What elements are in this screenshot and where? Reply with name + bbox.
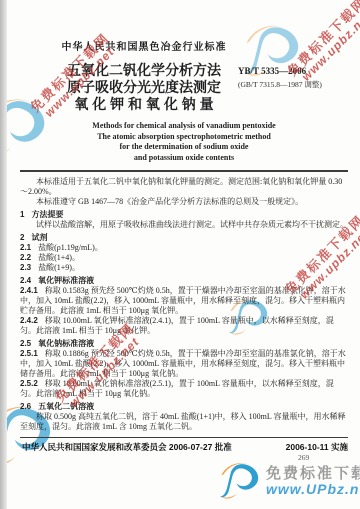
clause-heading: 2试剂 (20, 233, 348, 243)
upbz-site-badge: 免费标准下载网 www.UPbz.net (219, 459, 360, 503)
upbz-logo-icon (219, 459, 263, 503)
clause-number: 2.6 (20, 402, 31, 411)
footer-divider (20, 437, 348, 438)
clause-text: 方法提要 (31, 210, 63, 219)
clause-number: 2.4.2 (20, 316, 38, 325)
clause-number: 2.3 (20, 263, 31, 272)
english-title-line: and potassium oxide contents (20, 153, 348, 164)
standard-type-label: 中华人民共和国黑色冶金行业标准 (20, 38, 268, 53)
clause-paragraph: 2.5.1称取 0.1886g 预先经 500℃灼烧 0.5h，置于干燥器中冷却… (20, 349, 348, 379)
title-divider (20, 170, 348, 172)
clause-paragraph: 2.2盐酸(1+4)。 (20, 253, 348, 263)
clause-heading: 1方法提要 (20, 210, 348, 220)
clause-number: 2 (20, 233, 24, 242)
english-title-line: for the determination of sodium oxide (20, 142, 348, 153)
clause-paragraph: 2.1盐酸(ρ1.19g/mL)。 (20, 243, 348, 253)
site-name: 免费标准下载网 (266, 466, 360, 482)
clause-number: 2.2 (20, 253, 31, 262)
clause-number: 2.1 (20, 243, 31, 252)
approval-text: 中华人民共和国国家发展和改革委员会 2006-07-27 批准 (22, 441, 232, 453)
clause-text: 本标准适用于五氧化二钒中氧化钠和氧化钾量的测定。测定范围:氧化钠和氧化钾量 0.… (20, 177, 342, 196)
clause-text: 氧化钾标准溶液 (38, 276, 94, 285)
clause-text: 盐酸(1+4)。 (38, 253, 80, 262)
site-url: www.UPbz.net (266, 482, 360, 497)
clause-text: 称取 0.1886g 预先经 500℃灼烧 0.5h，置于干燥器中冷却至室温的基… (20, 349, 346, 378)
clause-paragraph: 2.4.2移取 10.00mL 氧化钾标准溶液(2.4.1)，置于 100mL … (20, 316, 348, 336)
scanned-standard-page: 免费标准下载网 www.upbz.net 免费标准下载网 www.upbz.ne… (0, 0, 360, 509)
site-badge-text: 免费标准下载网 www.UPbz.net (266, 466, 360, 496)
footer: 中华人民共和国国家发展和改革委员会 2006-07-27 批准 2006-10-… (22, 441, 348, 453)
clause-number: 2.4 (20, 276, 31, 285)
clause-paragraph: 本标准遵守 GB 1467—78《冶金产品化学分析方法标准的总则及一般规定》。 (20, 197, 348, 207)
implementation-text: 2006-10-11 实施 (286, 441, 348, 453)
scan-edge (0, 0, 7, 509)
clause-paragraph: 本标准适用于五氧化二钒中氧化钠和氧化钾量的测定。测定范围:氧化钠和氧化钾量 0.… (20, 177, 348, 197)
clause-text: 盐酸(1+9)。 (38, 263, 80, 272)
clause-text: 氧化钠标准溶液 (38, 339, 94, 348)
clause-heading: 2.5氧化钠标准溶液 (20, 339, 348, 349)
clause-text: 盐酸(ρ1.19g/mL)。 (38, 243, 103, 252)
english-title: Methods for chemical analysis of vanadiu… (20, 121, 348, 163)
english-title-line: Methods for chemical analysis of vanadiu… (20, 121, 348, 132)
clause-text: 试样以盐酸溶解，用原子吸收标准曲线法进行测定。试样中共存杂质元素均不干扰测定。 (36, 220, 348, 229)
clause-paragraph: 试样以盐酸溶解，用原子吸收标准曲线法进行测定。试样中共存杂质元素均不干扰测定。 (20, 220, 348, 230)
clause-number: 2.4.1 (20, 286, 38, 295)
clause-number: 2.5.1 (20, 349, 38, 358)
clause-number: 1 (20, 210, 24, 219)
clause-text: 本标准遵守 GB 1467—78《冶金产品化学分析方法标准的总则及一般规定》。 (36, 197, 303, 206)
clause-number: 2.5 (20, 339, 31, 348)
clause-number: 2.5.2 (20, 379, 38, 388)
clause-text: 试剂 (31, 233, 47, 242)
clause-text: 移取 10.00mL 氧化钾标准溶液(2.4.1)，置于 100mL 容量瓶中，… (20, 316, 334, 335)
english-title-line: The atomic absorption spectrophotometric… (20, 132, 348, 143)
